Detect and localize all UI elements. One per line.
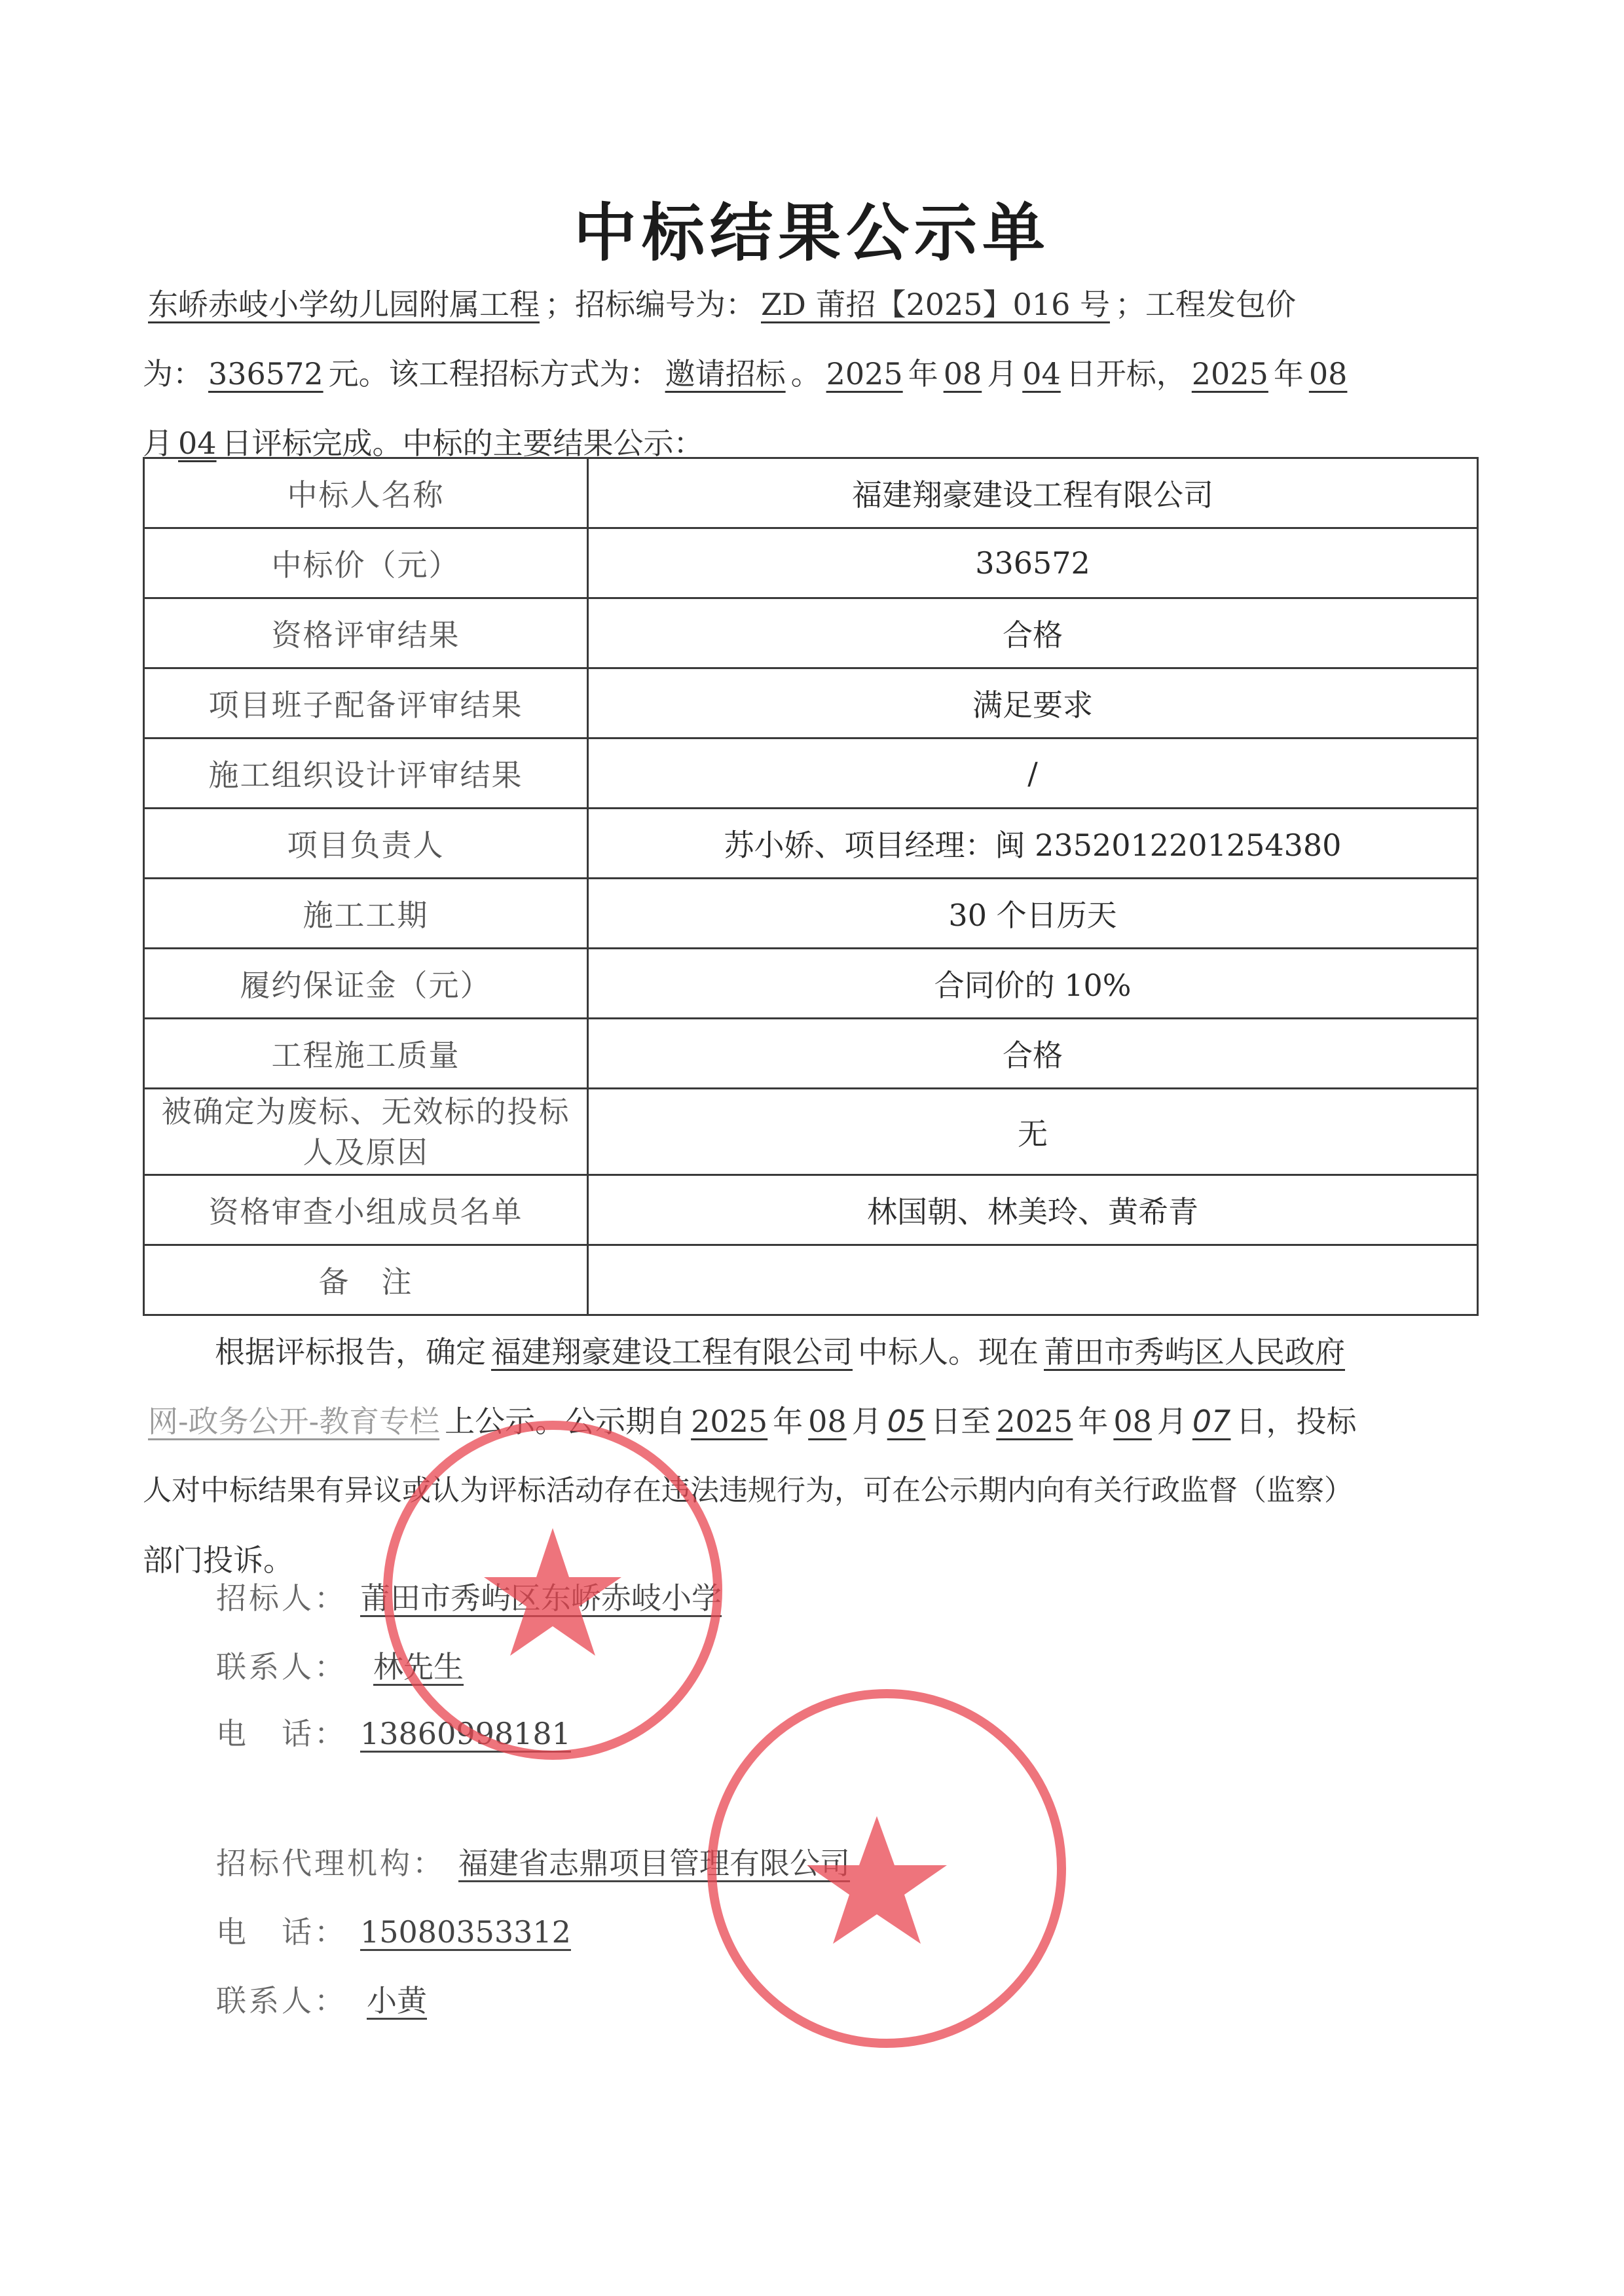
- intro-text: 元。该工程招标方式为：: [329, 356, 660, 392]
- row-label: 资格评审结果: [144, 598, 588, 668]
- seal-star-icon: [392, 1430, 713, 1751]
- school-seal: [383, 1421, 722, 1760]
- intro-text: 年: [908, 356, 938, 392]
- eval-month: 08: [1304, 356, 1353, 392]
- intro-line-1: 东峤赤岐小学幼儿园附属工程；招标编号为：ZD 莆招【2025】016 号；工程发…: [143, 270, 1469, 339]
- end-year: 2025: [991, 1404, 1078, 1439]
- intro-text: 年: [1274, 356, 1304, 392]
- intro-text: 月: [987, 356, 1017, 392]
- table-row: 备 注: [144, 1245, 1478, 1315]
- project-name: 东峤赤岐小学幼儿园附属工程: [143, 287, 545, 322]
- intro-paragraph: 东峤赤岐小学幼儿园附属工程；招标编号为：ZD 莆招【2025】016 号；工程发…: [143, 270, 1469, 478]
- row-label: 资格审查小组成员名单: [144, 1175, 588, 1245]
- notice-line-3: 人对中标结果有异议或认为评标活动存在违法违规行为，可在公示期内向有关行政监督（监…: [143, 1456, 1479, 1525]
- row-label: 项目班子配备评审结果: [144, 668, 588, 738]
- row-label: 中标价（元）: [144, 528, 588, 598]
- end-month: 08: [1108, 1404, 1157, 1439]
- seal-star-icon: [716, 1698, 1057, 2039]
- notice-text: 日，投标: [1236, 1404, 1356, 1439]
- row-value: 合格: [588, 598, 1478, 668]
- notice-text: 日至: [931, 1404, 991, 1439]
- notice-text: 年: [1078, 1404, 1108, 1439]
- intro-text: 日开标，: [1066, 356, 1187, 392]
- row-label: 中标人名称: [144, 458, 588, 528]
- intro-text: 月: [143, 426, 173, 461]
- table-row: 施工组织设计评审结果/: [144, 738, 1478, 809]
- notice-text: 根据评标报告，确定: [215, 1334, 486, 1370]
- tenderer-phone-label: 电 话：: [216, 1716, 347, 1751]
- contract-price: 336572: [203, 356, 329, 392]
- intro-text: ；工程发包价: [1115, 287, 1296, 322]
- notice-text: 中标人。现在: [858, 1334, 1039, 1370]
- row-value: 30 个日历天: [588, 879, 1478, 949]
- row-label: 履约保证金（元）: [144, 949, 588, 1019]
- row-label: 工程施工质量: [144, 1019, 588, 1089]
- notice-paragraph: 根据评标报告，确定福建翔豪建设工程有限公司中标人。现在莆田市秀屿区人民政府 网-…: [143, 1317, 1479, 1595]
- row-value: 林国朝、林美玲、黄希青: [588, 1175, 1478, 1245]
- open-month: 08: [938, 356, 987, 392]
- agency-contact-row: 联系人：小黄: [216, 1977, 447, 2020]
- table-row: 项目负责人苏小娇、项目经理：闽 2352012201254380: [144, 809, 1478, 879]
- row-value: [588, 1245, 1478, 1315]
- row-value: 满足要求: [588, 668, 1478, 738]
- notice-text: 月: [852, 1404, 882, 1439]
- agency-phone-label: 电 话：: [216, 1914, 347, 1950]
- open-day: 04: [1017, 356, 1066, 392]
- table-row: 履约保证金（元）合同价的 10%: [144, 949, 1478, 1019]
- row-label: 被确定为废标、无效标的投标人及原因: [144, 1089, 588, 1175]
- eval-day: 04: [173, 426, 222, 461]
- row-label: 备 注: [144, 1245, 588, 1315]
- row-label: 施工工期: [144, 879, 588, 949]
- table-row: 资格评审结果合格: [144, 598, 1478, 668]
- row-value: 福建翔豪建设工程有限公司: [588, 458, 1478, 528]
- table-row: 被确定为废标、无效标的投标人及原因无: [144, 1089, 1478, 1175]
- row-value: 苏小娇、项目经理：闽 2352012201254380: [588, 809, 1478, 879]
- tenderer-label: 招标人：: [216, 1580, 347, 1616]
- agency-phone: 15080353312: [347, 1914, 584, 1950]
- start-month: 08: [803, 1404, 852, 1439]
- table-row: 中标人名称福建翔豪建设工程有限公司: [144, 458, 1478, 528]
- table-row: 项目班子配备评审结果满足要求: [144, 668, 1478, 738]
- intro-text: 日评标完成。中标的主要结果公示：: [222, 426, 704, 461]
- results-table: 中标人名称福建翔豪建设工程有限公司 中标价（元）336572 资格评审结果合格 …: [143, 457, 1479, 1316]
- notice-line-2: 网-政务公开-教育专栏上公示。公示期自2025年08月05日至2025年08月0…: [143, 1387, 1479, 1456]
- table-row: 工程施工质量合格: [144, 1019, 1478, 1089]
- row-value: 合同价的 10%: [588, 949, 1478, 1019]
- tenderer-contact-label: 联系人：: [216, 1649, 347, 1685]
- row-label: 施工组织设计评审结果: [144, 738, 588, 809]
- row-value: 336572: [588, 528, 1478, 598]
- table-row: 资格审查小组成员名单林国朝、林美玲、黄希青: [144, 1175, 1478, 1245]
- agency-phone-row: 电 话：15080353312: [216, 1908, 584, 1952]
- tender-number: ZD 莆招【2025】016 号: [756, 287, 1115, 322]
- end-day-handwritten: 07: [1187, 1404, 1236, 1439]
- document-title: 中标结果公示单: [0, 183, 1624, 273]
- notice-text: 年: [773, 1404, 803, 1439]
- agency-label: 招标代理机构：: [216, 1846, 445, 1881]
- start-day-handwritten: 05: [882, 1404, 931, 1439]
- table-row: 中标价（元）336572: [144, 528, 1478, 598]
- notice-line-1: 根据评标报告，确定福建翔豪建设工程有限公司中标人。现在莆田市秀屿区人民政府: [143, 1317, 1479, 1387]
- document-page: 中标结果公示单 东峤赤岐小学幼儿园附属工程；招标编号为：ZD 莆招【2025】0…: [0, 0, 1624, 2296]
- table-row: 施工工期30 个日历天: [144, 879, 1478, 949]
- row-value: /: [588, 738, 1478, 809]
- intro-text: ；招标编号为：: [545, 287, 756, 322]
- intro-line-2: 为：336572元。该工程招标方式为：邀请招标。2025年08月04日开标，20…: [143, 339, 1469, 409]
- row-value: 合格: [588, 1019, 1478, 1089]
- agency-contact-label: 联系人：: [216, 1983, 347, 2018]
- eval-year: 2025: [1187, 356, 1274, 392]
- row-label: 项目负责人: [144, 809, 588, 879]
- agency-seal: [707, 1689, 1066, 2048]
- winner-name: 福建翔豪建设工程有限公司: [486, 1334, 858, 1370]
- open-year: 2025: [821, 356, 908, 392]
- row-value: 无: [588, 1089, 1478, 1175]
- tender-method: 邀请招标: [660, 356, 791, 392]
- notice-text: 月: [1157, 1404, 1187, 1439]
- intro-text: 。: [791, 356, 821, 392]
- publish-site: 莆田市秀屿区人民政府: [1039, 1334, 1350, 1370]
- intro-text: 为：: [143, 356, 203, 392]
- agency-contact: 小黄: [347, 1983, 447, 2018]
